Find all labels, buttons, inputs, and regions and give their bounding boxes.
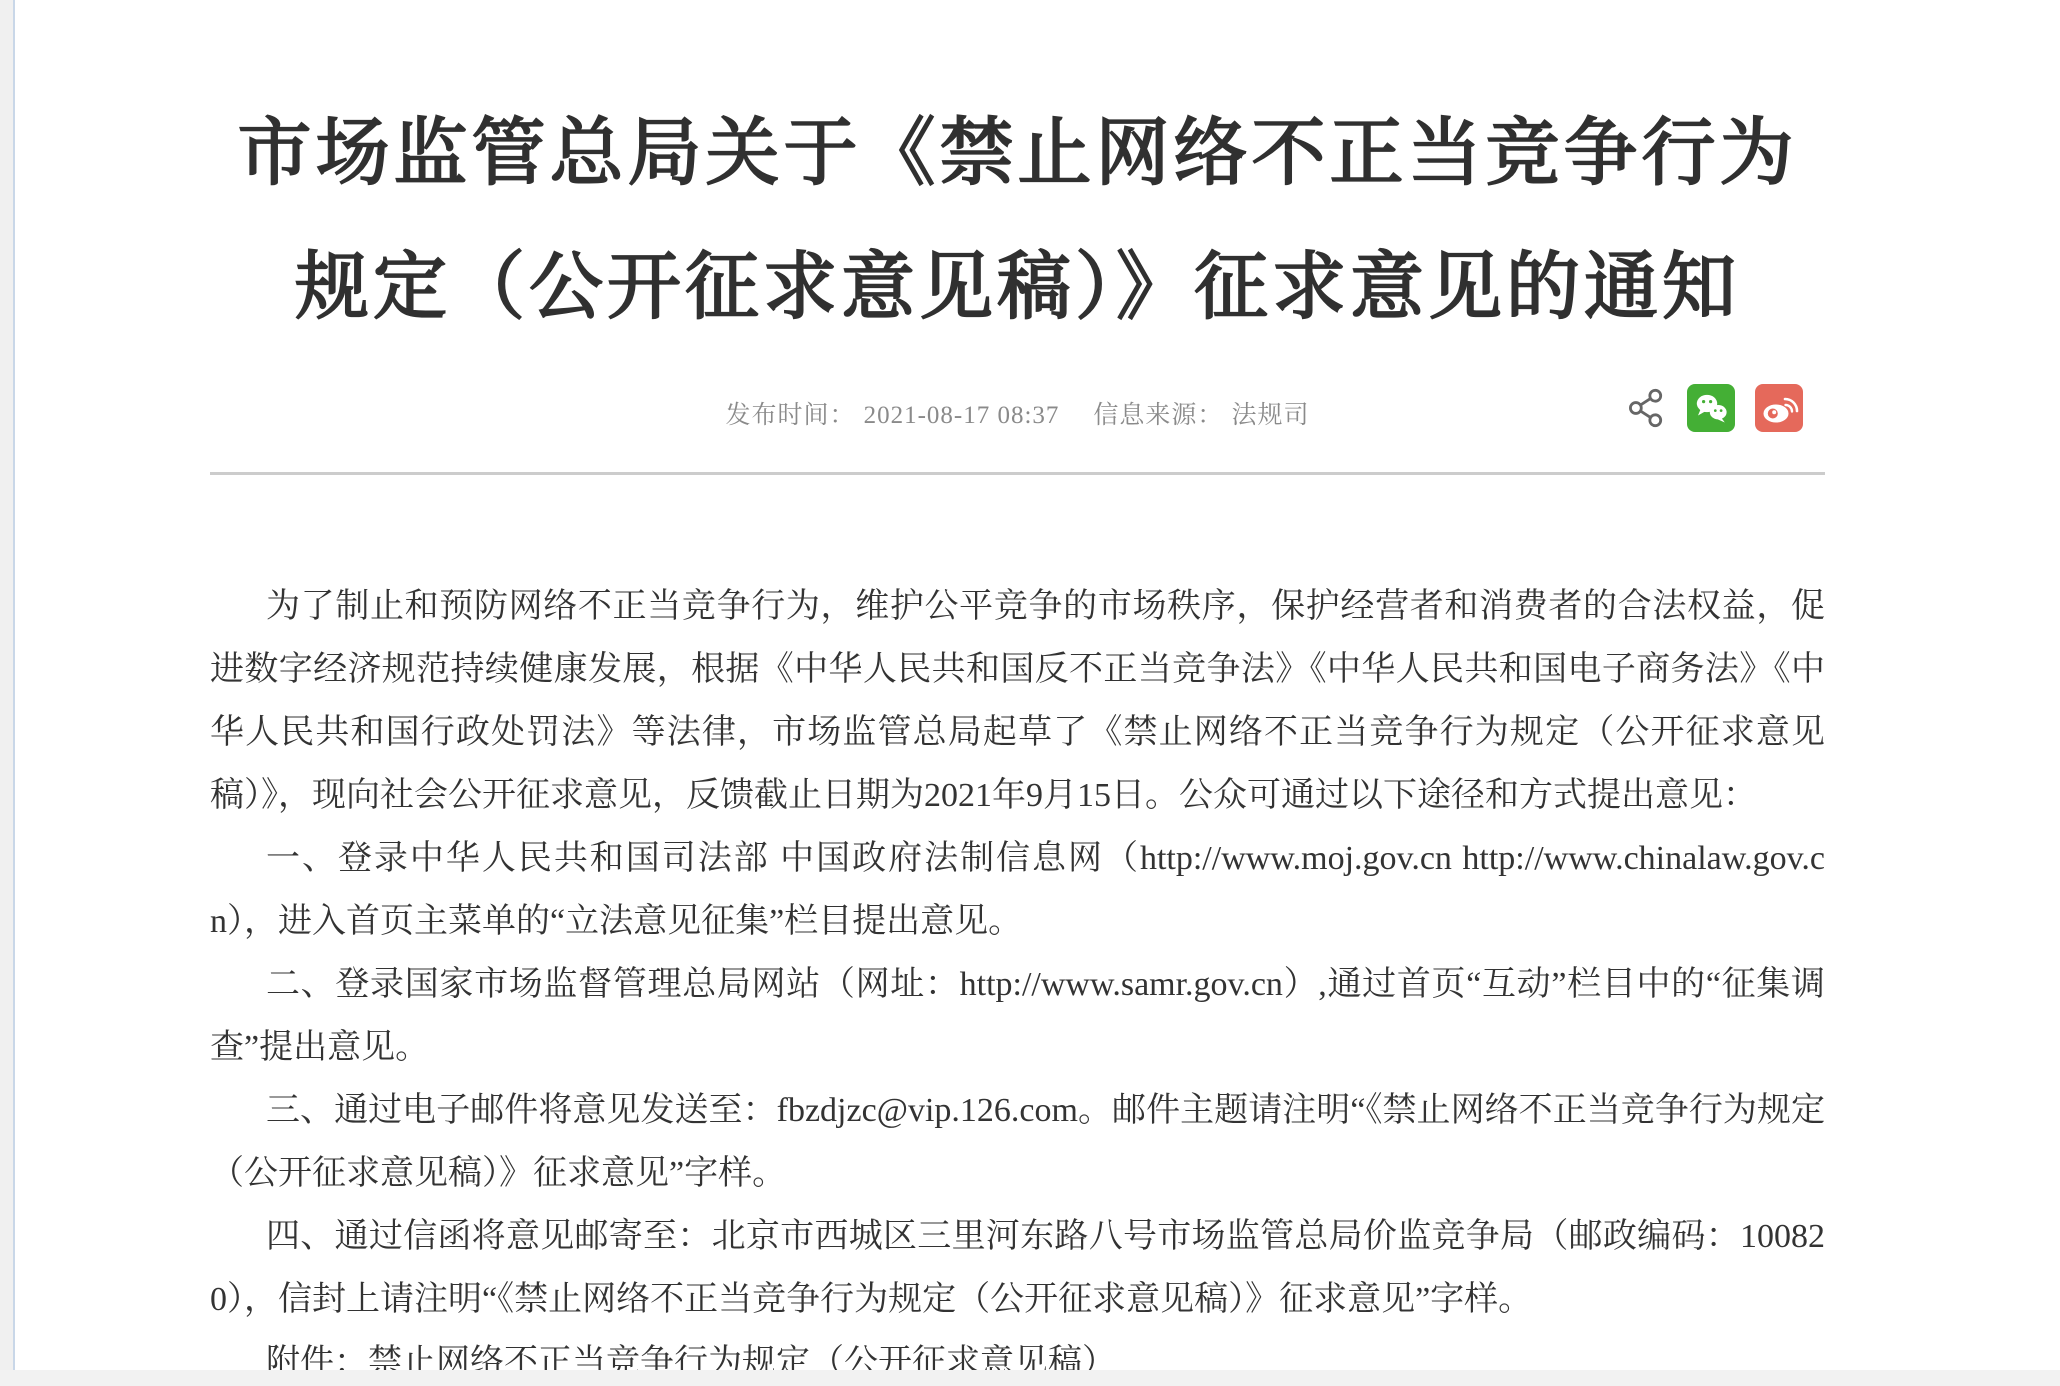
article-content: 市场监管总局关于《禁止网络不正当竞争行为 规定（公开征求意见稿）》征求意见的通知… bbox=[210, 0, 1825, 1386]
wechat-share-icon[interactable] bbox=[1687, 384, 1735, 432]
publish-time-value: 2021-08-17 08:37 bbox=[864, 402, 1060, 429]
weibo-share-icon[interactable] bbox=[1755, 384, 1803, 432]
body-paragraph: 二、登录国家市场监督管理总局网站（网址：http://www.samr.gov.… bbox=[210, 953, 1825, 1079]
share-toolbar bbox=[1625, 384, 1803, 432]
source-value: 法规司 bbox=[1231, 402, 1309, 429]
publish-info: 发布时间：2021-08-17 08:37信息来源：法规司 bbox=[210, 390, 1825, 442]
title-line-2: 规定（公开征求意见稿）》征求意见的通知 bbox=[210, 220, 1825, 354]
footer-strip bbox=[0, 1370, 2060, 1386]
body-paragraph: 一、登录中华人民共和国司法部 中国政府法制信息网（http://www.moj.… bbox=[210, 827, 1825, 953]
body-paragraph: 三、通过电子邮件将意见发送至：fbzdjzc@vip.126.com。邮件主题请… bbox=[210, 1079, 1825, 1205]
source-label: 信息来源： bbox=[1093, 402, 1223, 429]
page-title: 市场监管总局关于《禁止网络不正当竞争行为 规定（公开征求意见稿）》征求意见的通知 bbox=[210, 86, 1825, 354]
left-gutter bbox=[0, 0, 15, 1386]
body-paragraph: 四、通过信函将意见邮寄至：北京市西城区三里河东路八号市场监管总局价监竞争局（邮政… bbox=[210, 1205, 1825, 1331]
title-line-1: 市场监管总局关于《禁止网络不正当竞争行为 bbox=[210, 86, 1825, 220]
publish-time-label: 发布时间： bbox=[726, 402, 856, 429]
meta-row: 发布时间：2021-08-17 08:37信息来源：法规司 bbox=[210, 390, 1825, 442]
share-icon[interactable] bbox=[1625, 386, 1667, 430]
header-divider bbox=[210, 472, 1825, 475]
article-body: 为了制止和预防网络不正当竞争行为，维护公平竞争的市场秩序，保护经营者和消费者的合… bbox=[210, 575, 1825, 1386]
body-paragraph: 为了制止和预防网络不正当竞争行为，维护公平竞争的市场秩序，保护经营者和消费者的合… bbox=[210, 575, 1825, 827]
